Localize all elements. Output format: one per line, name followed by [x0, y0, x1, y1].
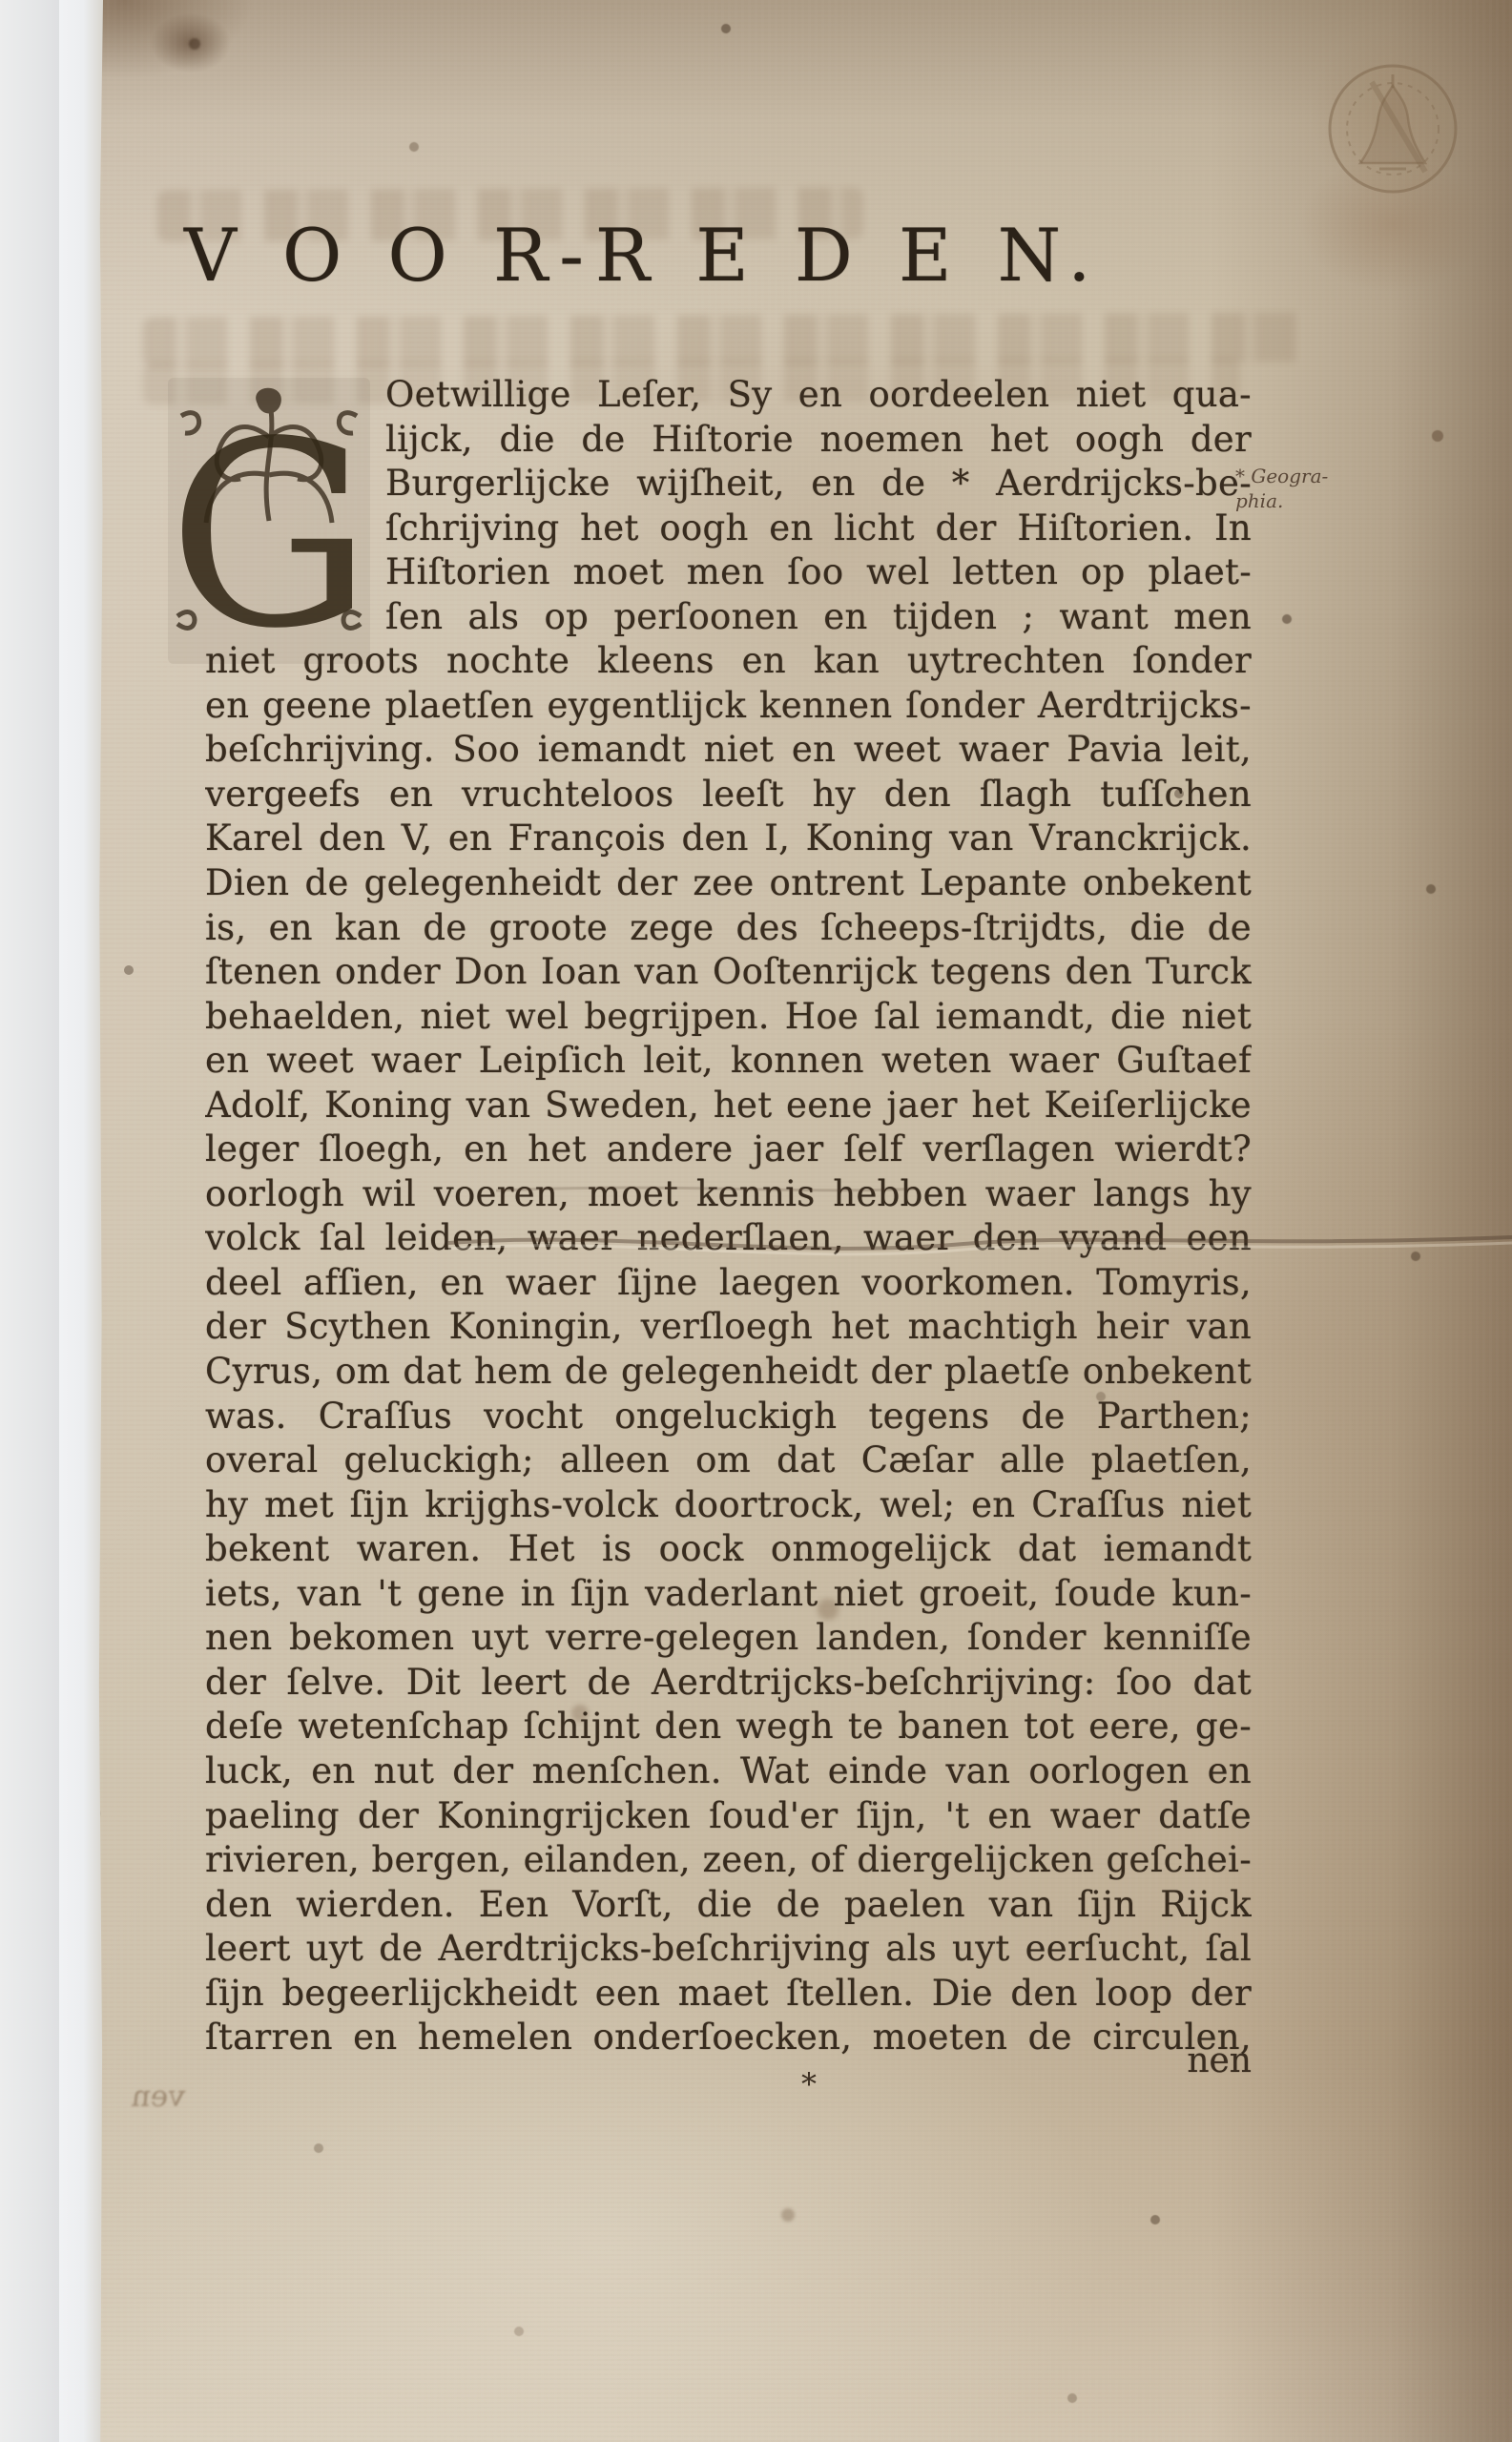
- text-line: niet groots nochte kleens en kan uytrech…: [205, 638, 1252, 683]
- text-line: ſtenen onder Don Ioan van Ooſtenrijck te…: [205, 949, 1252, 994]
- text-line: ſtarren en hemelen onderſoecken, moeten …: [205, 2015, 1252, 2059]
- text-line: overal geluckigh; alleen om dat Cæſar al…: [205, 1438, 1252, 1482]
- text-line: Dien de gelegenheidt der zee ontrent Lep…: [205, 860, 1252, 905]
- scanned-book-page: V O O R-R E D E N. * Geogra- phia. G Oet…: [0, 0, 1512, 2442]
- text-line: Karel den V, en François den I, Koning v…: [205, 816, 1252, 860]
- text-line: lijck, die de Hiſtorie noemen het oogh d…: [385, 417, 1252, 462]
- text-line: rivieren, bergen, eilanden, zeen, of die…: [205, 1837, 1252, 1882]
- text-line: iets, van 't gene in ſijn vaderlant niet…: [205, 1571, 1252, 1616]
- text-line: den wierden. Een Vorſt, die de paelen va…: [205, 1882, 1252, 1927]
- text-line: Cyrus, om dat hem de gelegenheidt der pl…: [205, 1349, 1252, 1394]
- text-line: der ſelve. Dit leert de Aerdtrijcks-beſc…: [205, 1660, 1252, 1705]
- text-line: deſe wetenſchap ſchijnt den wegh te bane…: [205, 1704, 1252, 1749]
- text-line: was. Craſſus vocht ongeluckigh tegens de…: [205, 1394, 1252, 1438]
- text-line: volck ſal leiden, waer nederſlaen, waer …: [205, 1215, 1252, 1260]
- text-line: oorlogh wil voeren, moet kennis hebben w…: [205, 1171, 1252, 1216]
- text-line: is, en kan de groote zege des ſcheeps-ſt…: [205, 905, 1252, 950]
- embossed-seal-icon: [1316, 48, 1469, 210]
- text-line: bekent waren. Het is oock onmogelijck da…: [205, 1526, 1252, 1571]
- page-deckle-edge: [59, 0, 103, 2442]
- text-block: Oetwillige Leſer, Sy en oordeelen niet q…: [205, 372, 1252, 2059]
- signature-mark: *: [801, 2066, 817, 2102]
- text-line: Hiſtorien moet men ſoo wel letten op pla…: [385, 549, 1252, 594]
- bleed-through-text: ven: [130, 2080, 187, 2114]
- text-line: der Scythen Koningin, verſloegh het mach…: [205, 1304, 1252, 1349]
- text-line: nen bekomen uyt verre-gelegen landen, ſo…: [205, 1615, 1252, 1660]
- text-line: leert uyt de Aerdtrijcks-beſchrijving al…: [205, 1926, 1252, 1971]
- text-line: luck, en nut der menſchen. Wat einde van…: [205, 1749, 1252, 1793]
- text-line: vergeefs en vruchteloos leeſt hy den ſla…: [205, 772, 1252, 817]
- text-line: paeling der Koningrijcken ſoud'er ſijn, …: [205, 1793, 1252, 1838]
- text-line: ſijn begeerlijckheidt een maet ſtellen. …: [205, 1971, 1252, 2016]
- text-line: leger ſloegh, en het andere jaer ſelf ve…: [205, 1127, 1252, 1171]
- text-line: beſchrijving. Soo iemandt niet en weet w…: [205, 727, 1252, 772]
- scan-backdrop: [0, 0, 67, 2442]
- text-line: hy met ſijn krijghs-volck doortrock, wel…: [205, 1482, 1252, 1527]
- catchword: nen: [1097, 2041, 1252, 2080]
- text-line: en weet waer Leipſich leit, konnen weten…: [205, 1038, 1252, 1083]
- text-line: behaelden, niet wel begrijpen. Hoe ſal i…: [205, 994, 1252, 1039]
- text-line: Burgerlijcke wijſheit, en de * Aerdrijck…: [385, 461, 1252, 506]
- text-line: deel afſien, en waer ſijne laegen voorko…: [205, 1260, 1252, 1305]
- page-title: V O O R-R E D E N.: [184, 217, 1102, 294]
- text-line: ſchrijving het oogh en licht der Hiſtori…: [385, 506, 1252, 550]
- text-line: Adolf, Koning van Sweden, het eene jaer …: [205, 1083, 1252, 1128]
- text-line: en geene plaetſen eygentlijck kennen ſon…: [205, 683, 1252, 728]
- text-line: ſen als op perſoonen en tijden ; want me…: [385, 594, 1252, 639]
- text-line: Oetwillige Leſer, Sy en oordeelen niet q…: [385, 372, 1252, 417]
